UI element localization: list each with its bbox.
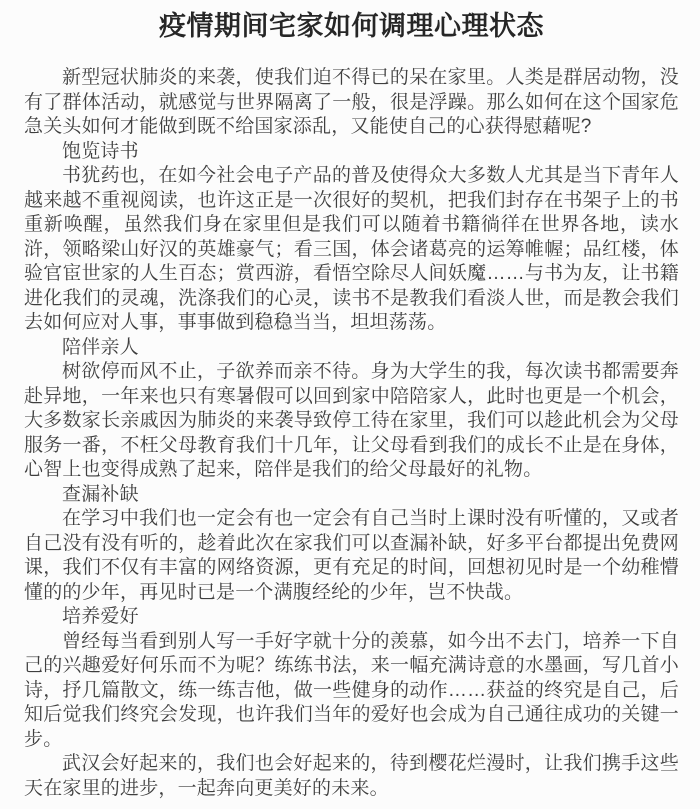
intro-paragraph: 新型冠状肺炎的来袭，使我们迫不得已的呆在家里。人类是群居动物，没有了群体活动，就… [24, 66, 679, 140]
section-heading-study: 查漏补缺 [24, 483, 679, 508]
page-title: 疫情期间宅家如何调理心理状态 [24, 7, 679, 45]
section-family: 陪伴亲人 树欲停而风不止，子欲养而亲不待。身为大学生的我，每次读书都需要奔赴异地… [24, 336, 679, 483]
section-heading-hobby: 培养爱好 [24, 605, 679, 630]
closing-paragraph: 武汉会好起来的，我们也会好起来的，待到樱花烂漫时，让我们携手这些天在家里的进步，… [24, 752, 679, 801]
section-paragraph-family: 树欲停而风不止，子欲养而亲不待。身为大学生的我，每次读书都需要奔赴异地，一年来也… [24, 360, 679, 483]
section-paragraph-hobby: 曾经每当看到别人写一手好字就十分的羡慕，如今出不去门，培养一下自己的兴趣爱好何乐… [24, 630, 679, 753]
section-paragraph-reading: 书犹药也，在如今社会电子产品的普及使得众大多数人尤其是当下青年人越来越不重视阅读… [24, 164, 679, 336]
section-paragraph-study: 在学习中我们也一定会有也一定会有自己当时上课时没有听懂的，又或者自己没有没有听的… [24, 507, 679, 605]
section-study: 查漏补缺 在学习中我们也一定会有也一定会有自己当时上课时没有听懂的，又或者自己没… [24, 483, 679, 606]
section-reading: 饱览诗书 书犹药也，在如今社会电子产品的普及使得众大多数人尤其是当下青年人越来越… [24, 140, 679, 336]
document-page: 疫情期间宅家如何调理心理状态 新型冠状肺炎的来袭，使我们迫不得已的呆在家里。人类… [0, 0, 700, 809]
section-hobby: 培养爱好 曾经每当看到别人写一手好字就十分的羡慕，如今出不去门，培养一下自己的兴… [24, 605, 679, 752]
section-heading-reading: 饱览诗书 [24, 140, 679, 165]
section-heading-family: 陪伴亲人 [24, 336, 679, 361]
